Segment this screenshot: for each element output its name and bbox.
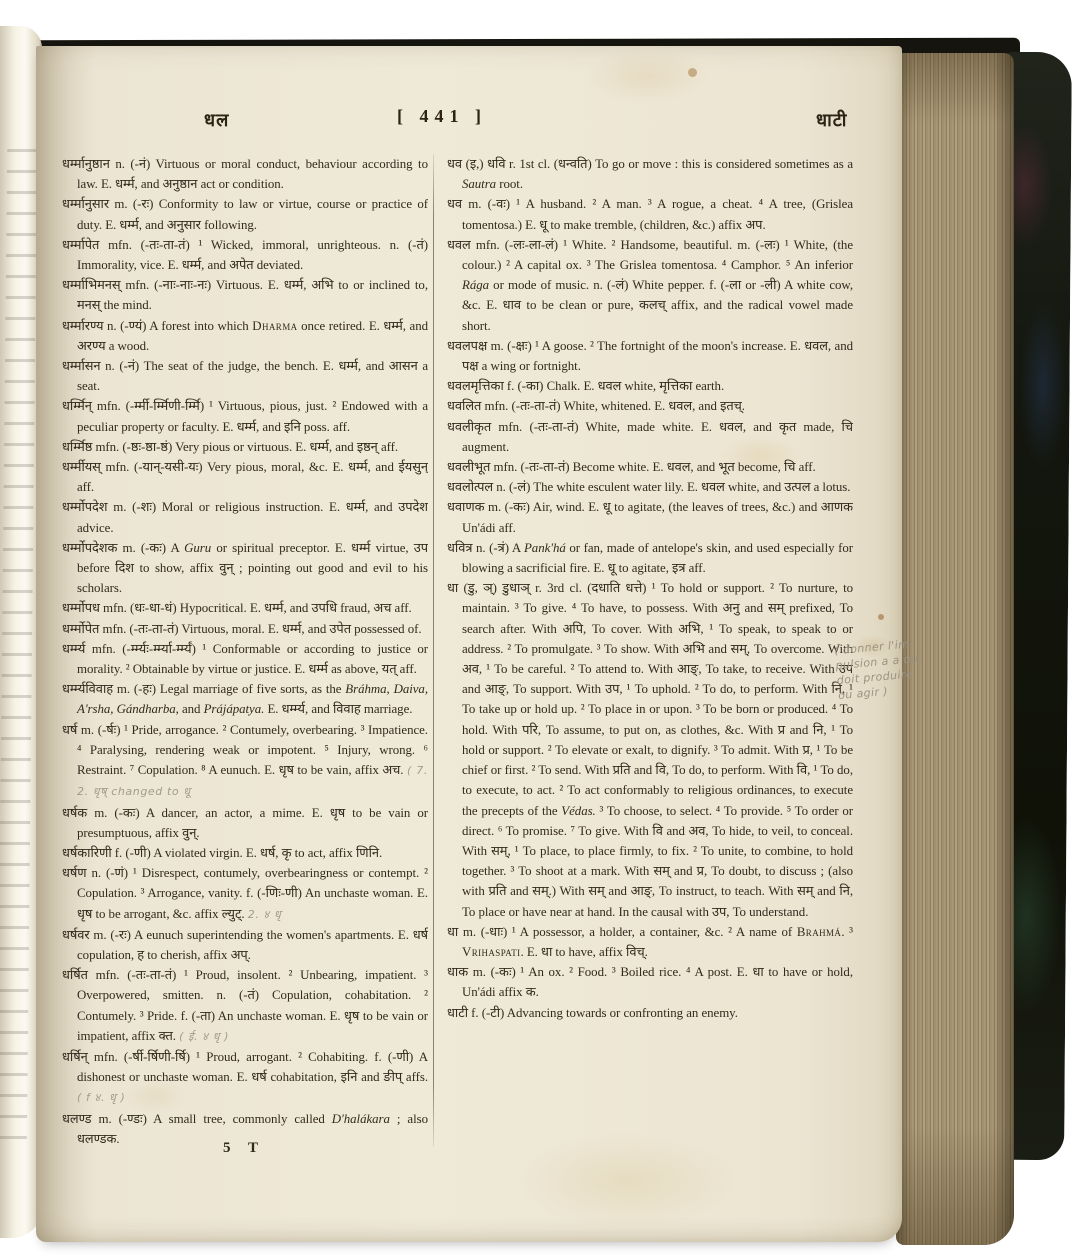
signature-mark: 5 T — [204, 1140, 284, 1157]
dictionary-entry: धवलीभूत mfn. (-तः-ता-तं) Become white. E… — [447, 457, 853, 477]
dictionary-entry: धर्म्मोपध mfn. (धः-धा-धं) Hypocritical. … — [62, 598, 428, 618]
dictionary-entry: धर्म्म्य mfn. (-र्म्म्यः-र्म्म्या-र्म्म्… — [62, 639, 428, 679]
dictionary-entry: धर्म्माभिमनस् mfn. (-नाः-नाः-नः) Virtuou… — [62, 275, 428, 315]
dictionary-entry: धर्म्मिष्ठ mfn. (-ष्ठः-ष्ठा-ष्ठं) Very p… — [62, 437, 428, 457]
dictionary-entry: धर्म्मासन n. (-नं) The seat of the judge… — [62, 356, 428, 396]
dictionary-entry: धर्षित mfn. (-तः-ता-तं) ¹ Proud, insolen… — [62, 965, 428, 1047]
dictionary-entry: धर्षण n. (-णं) ¹ Disrespect, contumely, … — [62, 863, 428, 925]
dictionary-entry: धर्म्म्यविवाह m. (-हः) Legal marriage of… — [62, 679, 428, 719]
page-stain — [688, 68, 697, 77]
book-photo: धल [ 441 ] धाटी धर्म्मानुष्ठान n. (-नं) … — [0, 0, 1076, 1260]
dictionary-entry: धवाणक m. (-कः) Air, wind. E. धू to agita… — [447, 497, 853, 537]
dictionary-entry: धर्म्मापेत mfn. (-तः-ता-तं) ¹ Wicked, im… — [62, 235, 428, 275]
page-stain — [878, 614, 884, 620]
column-divider — [433, 154, 434, 1146]
dictionary-entry: धर्षक m. (-कः) A dancer, an actor, a mim… — [62, 803, 428, 843]
dictionary-entry: धर्म्मोपेत mfn. (-तः-ता-तं) Virtuous, mo… — [62, 619, 428, 639]
dictionary-entry: धर्म्मानुसार m. (-रः) Conformity to law … — [62, 194, 428, 234]
dictionary-entry: धर्म्मिन् mfn. (-र्म्मी-र्म्मिणी-र्म्मि)… — [62, 396, 428, 436]
dictionary-entry: धवलमृत्तिका f. (-का) Chalk. E. धवल white… — [447, 376, 853, 396]
dictionary-entry: धा m. (-धाः) ¹ A possessor, a holder, a … — [447, 922, 853, 962]
dictionary-entry: धाक m. (-कः) ¹ An ox. ² Food. ³ Boiled r… — [447, 962, 853, 1002]
dictionary-entry: धर्ष m. (-र्षः) ¹ Pride, arrogance. ² Co… — [62, 720, 428, 803]
dictionary-entry: धाटी f. (-टी) Advancing towards or confr… — [447, 1003, 853, 1023]
running-head-left: धल — [204, 108, 229, 132]
dictionary-entry: धर्म्मानुष्ठान n. (-नं) Virtuous or mora… — [62, 154, 428, 194]
dictionary-entry: धव m. (-वः) ¹ A husband. ² A man. ³ A ro… — [447, 194, 853, 234]
dictionary-entry: धव (इ,) धवि r. 1st cl. (धन्वति) To go or… — [447, 154, 853, 194]
previous-page-text-fragments — [0, 136, 37, 1156]
dictionary-page: धल [ 441 ] धाटी धर्म्मानुष्ठान n. (-नं) … — [36, 46, 902, 1242]
running-head-right: धाटी — [816, 108, 847, 132]
dictionary-entry: धर्म्मारण्य n. (-ण्यं) A forest into whi… — [62, 316, 428, 356]
dictionary-entry: धवलित mfn. (-तः-ता-तं) White, whitened. … — [447, 396, 853, 416]
dictionary-entry: धर्षवर m. (-रः) A eunuch superintending … — [62, 925, 428, 965]
dictionary-entry: धवलीकृत mfn. (-तः-ता-तं) White, made whi… — [447, 417, 853, 457]
dictionary-entry: धर्म्मोपदेश m. (-शः) Moral or religious … — [62, 497, 428, 537]
dictionary-entry: धर्षकारिणी f. (-णी) A violated virgin. E… — [62, 843, 428, 863]
pencil-margin-note: ( donner l'im-pulsion a a quidoit produi… — [834, 633, 957, 703]
right-column: धव (इ,) धवि r. 1st cl. (धन्वति) To go or… — [447, 154, 853, 1156]
dictionary-entry: धर्षिन् mfn. (-र्षी-र्षिणी-र्षि) ¹ Proud… — [62, 1047, 428, 1109]
dictionary-entry: धर्म्मोपदेशक m. (-कः) A Guru or spiritua… — [62, 538, 428, 599]
dictionary-entry: धवल mfn. (-लः-ला-लं) ¹ White. ² Handsome… — [447, 235, 853, 336]
dictionary-entry: धवलोत्पल n. (-लं) The white esculent wat… — [447, 477, 853, 497]
dictionary-entry: धर्म्मीयस् mfn. (-यान्-यसी-यः) Very piou… — [62, 457, 428, 497]
page-number: [ 441 ] — [352, 106, 532, 127]
dictionary-entry: धवलपक्ष m. (-क्षः) ¹ A goose. ² The fort… — [447, 336, 853, 376]
dictionary-entry: धा (डु, ञ्) डुधाञ् r. 3rd cl. (दधाति धत्… — [447, 578, 853, 921]
dictionary-entry: धवित्र n. (-त्रं) A Pank'há or fan, made… — [447, 538, 853, 578]
left-column: धर्म्मानुष्ठान n. (-नं) Virtuous or mora… — [62, 154, 428, 1156]
